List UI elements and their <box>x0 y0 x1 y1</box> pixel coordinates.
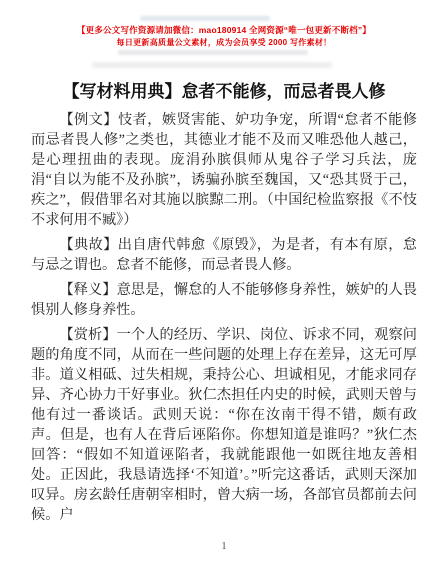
header-ad-line1: 【更多公文写作资源请加微信：mao180914 全网资源“唯一包更新不断档”】 <box>0 24 448 37</box>
header-ad-block: 【更多公文写作资源请加微信：mao180914 全网资源“唯一包更新不断档”】 … <box>0 24 448 49</box>
page-number: 1 <box>0 541 448 552</box>
faded-watermark-line <box>118 50 308 55</box>
header-ad-line2: 每日更新高质量公文素材，成为会员享受 2000 写作素材！ <box>0 37 448 49</box>
paragraph-liwen: 【例文】忮者，嫉贤害能、妒功争宠，所谓“怠者不能修而忌者畏人修”之类也，其德业才… <box>31 110 417 230</box>
page-title: 【写材料用典】怠者不能修，而忌者畏人修 <box>0 80 448 104</box>
paragraph-shangxi: 【赏析】一个人的经历、学识、岗位、诉求不同，观察问题的角度不同，从而在一些问题的… <box>31 325 417 525</box>
paragraph-diangu: 【典故】出自唐代韩愈《原毁》，为是者，有本有原，怠与忌之谓也。怠者不能修，而忌者… <box>31 235 417 275</box>
faded-watermark-line <box>92 62 332 68</box>
paragraph-shiyi: 【释义】意思是，懈怠的人不能够修身养性，嫉妒的人畏惧别人修身养性。 <box>31 280 417 320</box>
document-body: 【例文】忮者，嫉贤害能、妒功争宠，所谓“怠者不能修而忌者畏人修”之类也，其德业才… <box>31 110 417 530</box>
faded-watermark-line <box>140 16 270 21</box>
document-page: 【更多公文写作资源请加微信：mao180914 全网资源“唯一包更新不断档”】 … <box>0 0 448 580</box>
